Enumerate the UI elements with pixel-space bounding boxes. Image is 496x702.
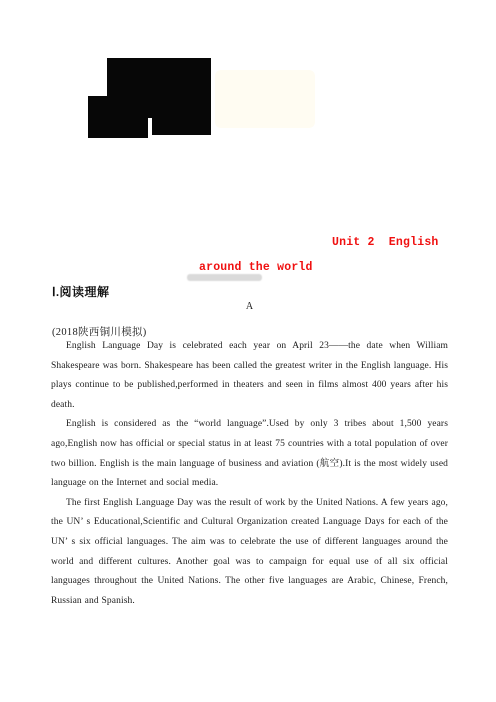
passage-paragraph: English Language Day is celebrated each … xyxy=(51,337,448,415)
watermark-smudge xyxy=(187,274,262,281)
passage-paragraph: English is considered as the “world lang… xyxy=(51,415,448,493)
passage-label: A xyxy=(51,301,448,312)
reading-passage: English Language Day is celebrated each … xyxy=(51,337,448,611)
unit-title-line1: Unit 2 English xyxy=(332,236,439,249)
document-page: Unit 2 English around the world Ⅰ.阅读理解 A… xyxy=(0,0,496,702)
faint-watermark xyxy=(215,70,315,128)
section-heading-reading-comprehension: Ⅰ.阅读理解 xyxy=(52,283,110,300)
passage-paragraph: The first English Language Day was the r… xyxy=(51,494,448,612)
unit-title-line2: around the world xyxy=(199,261,313,274)
